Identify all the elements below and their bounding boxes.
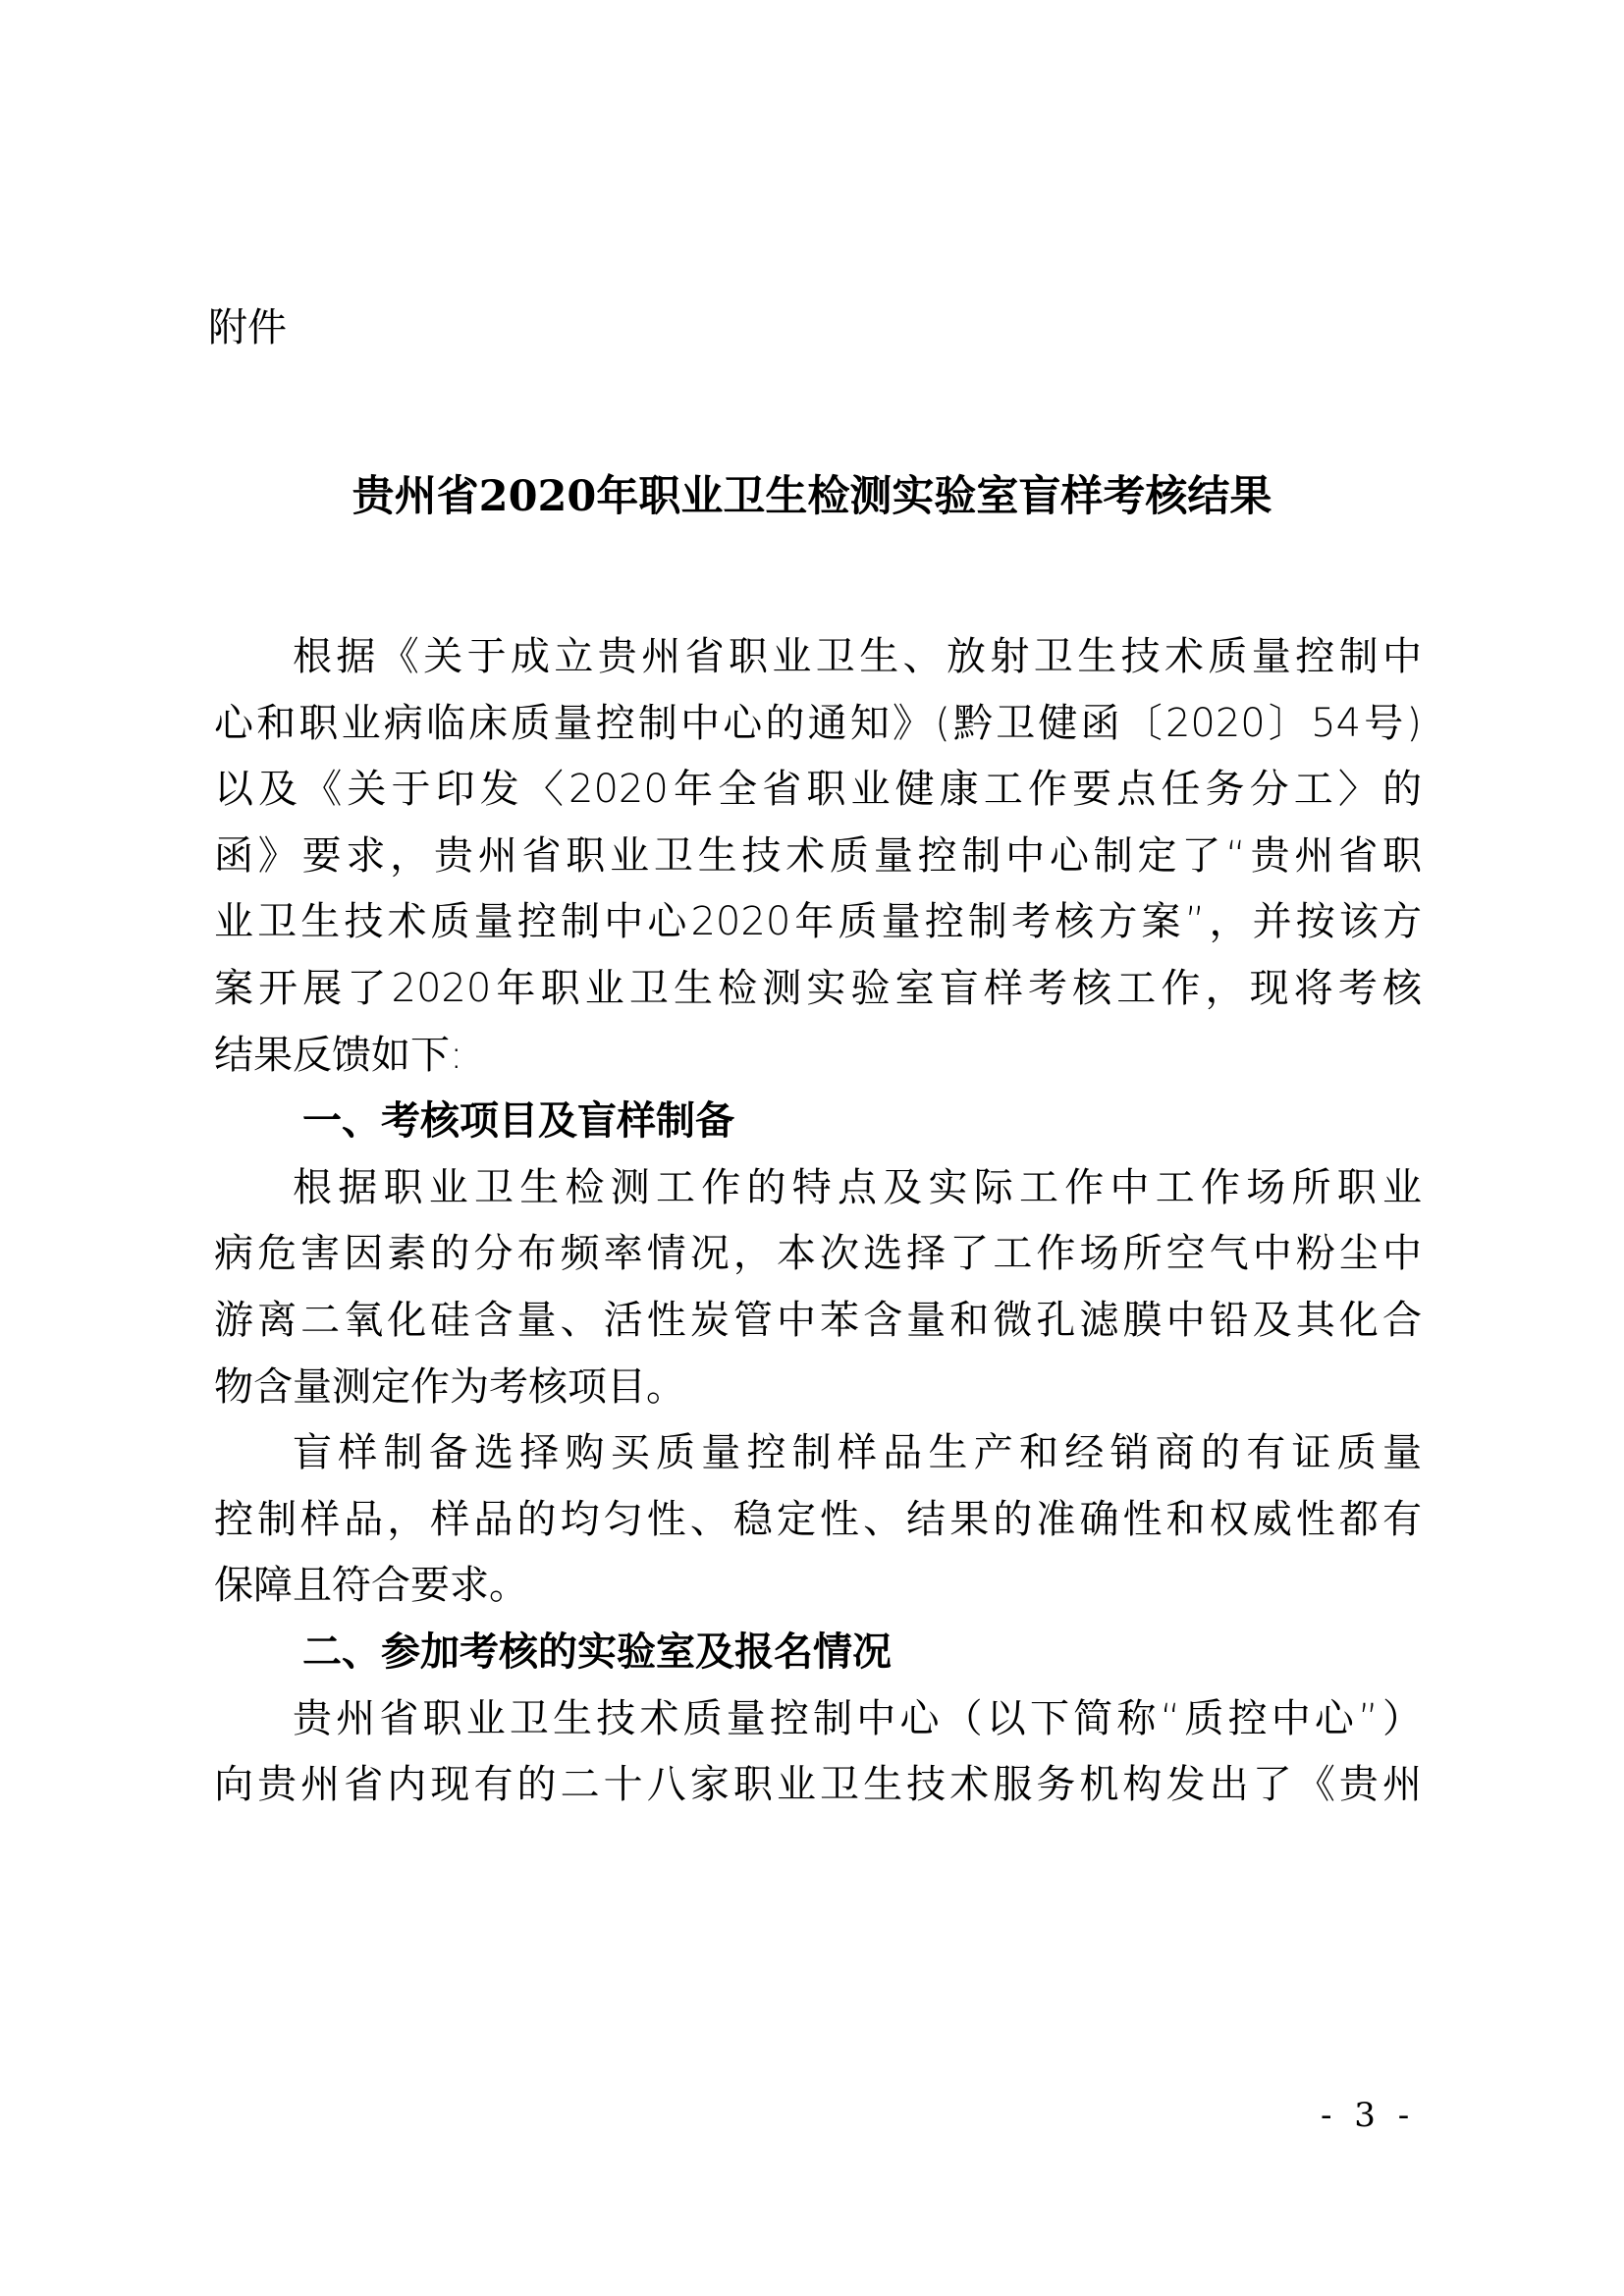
attachment-label: 附件 (208, 304, 287, 351)
paragraph-line: 向贵州省内现有的二十八家职业卫生技术服务机构发出了《贵州 (214, 1752, 1422, 1819)
paragraph-line: 控制样品，样品的均匀性、稳定性、结果的准确性和权威性都有 (214, 1487, 1422, 1554)
section-heading-1: 一、考核项目及盲样制备 (214, 1089, 1422, 1155)
document-title: 贵州省2020年职业卫生检测实验室盲样考核结果 (0, 469, 1624, 524)
paragraph-line: 游离二氧化硅含量、活性炭管中苯含量和微孔滤膜中铅及其化合 (214, 1288, 1422, 1355)
page-number: - 3 - (1321, 2096, 1415, 2135)
paragraph-line: 根据《关于成立贵州省职业卫生、放射卫生技术质量控制中 (214, 624, 1422, 691)
paragraph-line: 业卫生技术质量控制中心2020年质量控制考核方案”，并按该方 (214, 889, 1422, 956)
paragraph-line: 贵州省职业卫生技术质量控制中心（以下简称“质控中心”） (214, 1686, 1422, 1753)
paragraph-line: 根据职业卫生检测工作的特点及实际工作中工作场所职业 (214, 1155, 1422, 1222)
paragraph-line: 案开展了2020年职业卫生检测实验室盲样考核工作，现将考核 (214, 956, 1422, 1023)
paragraph-line: 保障且符合要求。 (214, 1553, 1422, 1620)
paragraph-line: 心和职业病临床质量控制中心的通知》(黔卫健函〔2020〕54号) (214, 691, 1422, 758)
document-page: 附件 贵州省2020年职业卫生检测实验室盲样考核结果 根据《关于成立贵州省职业卫… (0, 0, 1624, 2296)
paragraph-line: 结果反馈如下: (214, 1023, 1422, 1090)
paragraph-line: 病危害因素的分布频率情况，本次选择了工作场所空气中粉尘中 (214, 1221, 1422, 1288)
paragraph-line: 以及《关于印发〈2020年全省职业健康工作要点任务分工〉的 (214, 757, 1422, 824)
section-heading-2: 二、参加考核的实验室及报名情况 (214, 1620, 1422, 1686)
paragraph-line: 盲样制备选择购买质量控制样品生产和经销商的有证质量 (214, 1420, 1422, 1487)
document-body: 根据《关于成立贵州省职业卫生、放射卫生技术质量控制中 心和职业病临床质量控制中心… (214, 624, 1422, 1819)
paragraph-line: 物含量测定作为考核项目。 (214, 1355, 1422, 1421)
paragraph-line: 函》要求，贵州省职业卫生技术质量控制中心制定了“贵州省职 (214, 824, 1422, 890)
